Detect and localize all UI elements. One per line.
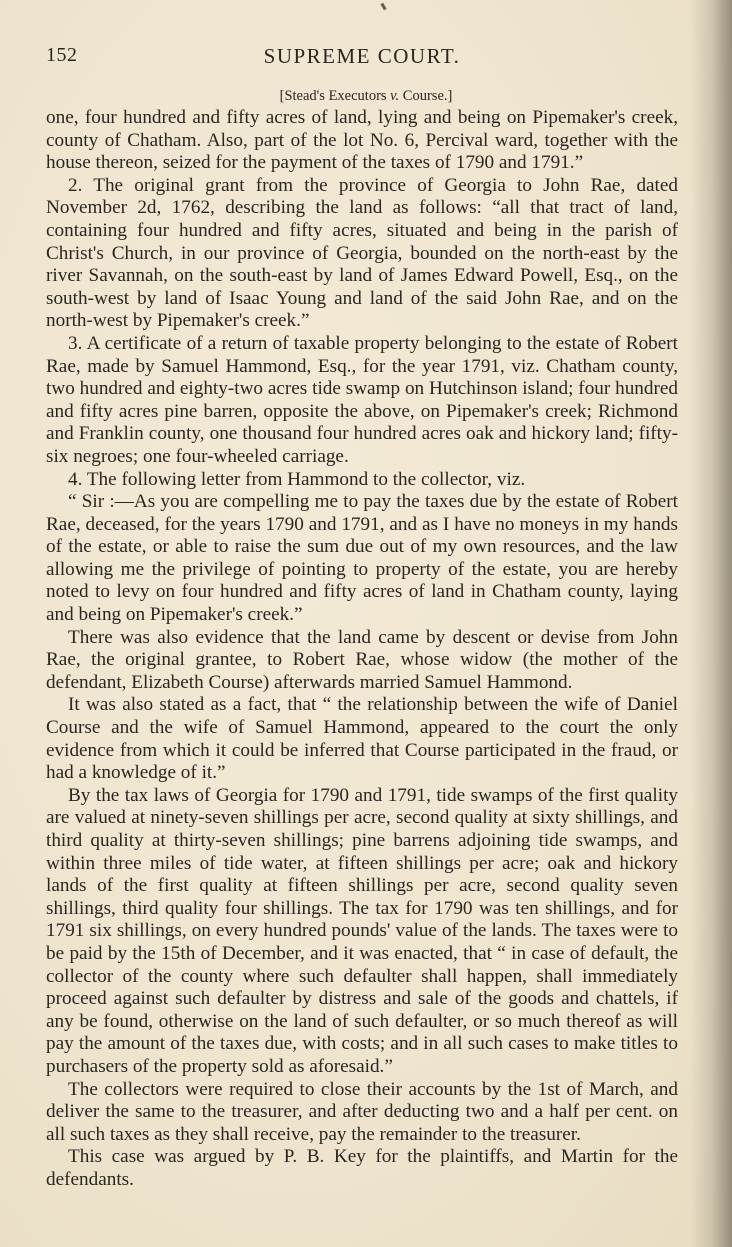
paragraph-counsel: This case was argued by P. B. Key for th… — [46, 1146, 678, 1191]
paragraph-original-grant: 2. The original grant from the province … — [46, 175, 678, 333]
paragraph-tax-laws: By the tax laws of Georgia for 1790 and … — [46, 785, 678, 1079]
paragraph-tax-certificate: 3. A certificate of a return of taxable … — [46, 333, 678, 469]
page-header: 152 SUPREME COURT. — [46, 44, 678, 74]
paragraph-relationship-fact: It was also stated as a fact, that “ the… — [46, 694, 678, 784]
paragraph-collectors: The collectors were required to close th… — [46, 1079, 678, 1147]
paragraph-continuation: one, four hundred and fifty acres of lan… — [46, 107, 678, 175]
case-title-prefix: [Stead's Executors — [280, 88, 391, 104]
scanned-page: 152 SUPREME COURT. [Stead's Executors v.… — [0, 0, 732, 1247]
paragraph-hammond-letter: “ Sir :—As you are compelling me to pay … — [46, 491, 678, 627]
body-text: one, four hundred and fifty acres of lan… — [46, 107, 678, 1192]
printer-mark — [380, 3, 386, 11]
case-title: [Stead's Executors v. Course.] — [0, 88, 732, 105]
case-title-versus: v. — [390, 88, 399, 104]
case-title-suffix: Course.] — [399, 88, 452, 104]
paragraph-descent-evidence: There was also evidence that the land ca… — [46, 627, 678, 695]
paragraph-hammond-letter-intro: 4. The following letter from Hammond to … — [46, 469, 678, 492]
running-head: SUPREME COURT. — [46, 44, 678, 69]
